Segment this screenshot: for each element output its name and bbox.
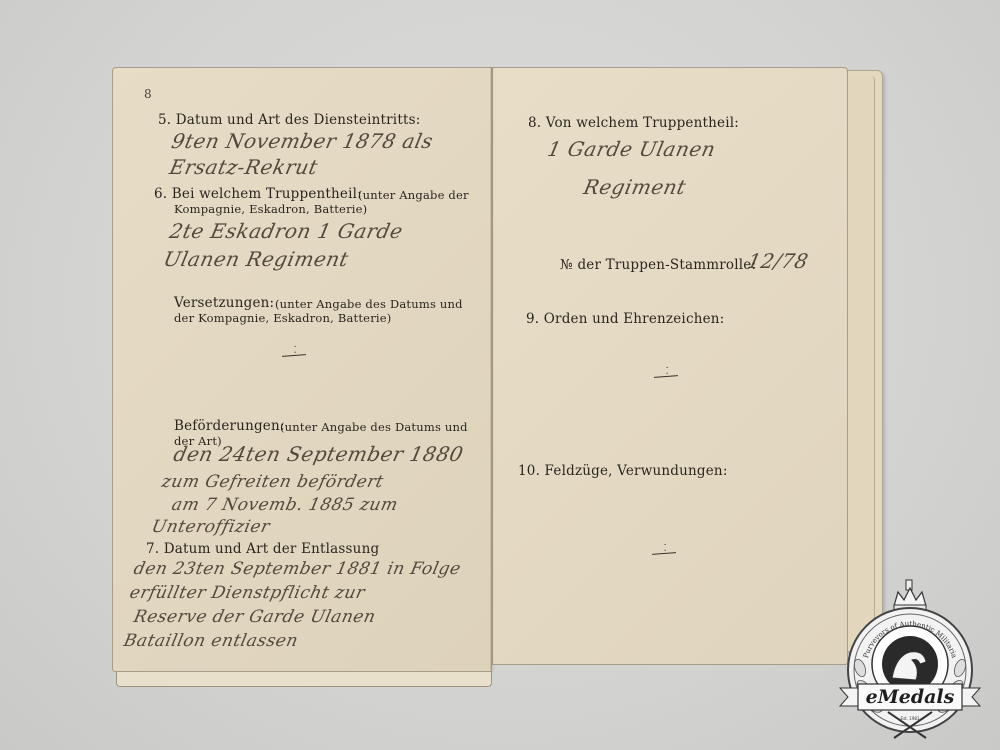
stammrolle-value: 12/78 xyxy=(745,249,810,273)
versetzungen-label: Versetzungen: xyxy=(174,295,274,311)
right-page: 8. Von welchem Truppentheil: 1 Garde Ula… xyxy=(492,67,848,665)
section-8-label: 8. Von welchem Truppentheil: xyxy=(528,115,739,131)
open-booklet: 8 5. Datum und Art des Diensteintritts: … xyxy=(0,0,1000,750)
section-7-handwriting-line-3: Reserve der Garde Ulanen xyxy=(132,607,378,627)
empty-field-mark xyxy=(650,547,676,559)
stammrolle-label: № der Truppen-Stammrolle: xyxy=(560,257,756,273)
versetzungen-note-2: der Kompagnie, Eskadron, Batterie) xyxy=(174,311,391,325)
versetzungen-note-1: (unter Angabe des Datums und xyxy=(275,297,463,311)
section-8-handwriting-line-1: 1 Garde Ulanen xyxy=(545,137,717,161)
emedals-watermark-logo: eMedals Est. 1981 Purveyors of Authentic… xyxy=(836,578,984,742)
section-6-note-2: Kompagnie, Eskadron, Batterie) xyxy=(174,202,367,216)
section-7-handwriting-line-2: erfüllter Dienstpflicht zur xyxy=(128,583,367,603)
befoerderungen-label: Beförderungen: xyxy=(174,418,285,434)
established-label: Est. 1981 xyxy=(901,716,920,721)
befoerderungen-handwriting-line-4: Unteroffizier xyxy=(150,517,272,537)
section-6-note-1: (unter Angabe der xyxy=(358,188,469,202)
section-10-label: 10. Feldzüge, Verwundungen: xyxy=(518,463,728,479)
brand-name: eMedals xyxy=(866,686,955,708)
empty-field-mark xyxy=(652,370,678,382)
empty-field-mark xyxy=(280,349,306,361)
section-5-handwriting-line-1: 9ten November 1878 als xyxy=(169,129,435,153)
book-gutter xyxy=(490,67,495,672)
section-7-handwriting-line-4: Bataillon entlassen xyxy=(122,631,300,651)
befoerderungen-handwriting-line-3: am 7 Novemb. 1885 zum xyxy=(170,495,400,515)
section-5-handwriting-line-2: Ersatz-Rekrut xyxy=(167,155,320,179)
section-8-handwriting-line-2: Regiment xyxy=(581,175,688,199)
section-7-handwriting-line-1: den 23ten September 1881 in Folge xyxy=(132,559,463,579)
befoerderungen-note-1: (unter Angabe des Datums und xyxy=(280,420,468,434)
section-5-label: 5. Datum und Art des Diensteintritts: xyxy=(158,112,420,128)
section-6-handwriting-line-1: 2te Eskadron 1 Garde xyxy=(167,219,405,243)
befoerderungen-handwriting-line-1: den 24ten September 1880 xyxy=(171,442,465,466)
left-page: 8 5. Datum und Art des Diensteintritts: … xyxy=(112,67,492,672)
befoerderungen-handwriting-line-2: zum Gefreiten befördert xyxy=(160,472,385,492)
section-6-label: 6. Bei welchem Truppentheil: xyxy=(154,186,362,202)
section-7-label: 7. Datum und Art der Entlassung xyxy=(146,541,379,557)
page-number: 8 xyxy=(144,87,152,101)
section-6-handwriting-line-2: Ulanen Regiment xyxy=(161,247,351,271)
crown-icon xyxy=(894,580,926,611)
section-9-label: 9. Orden und Ehrenzeichen: xyxy=(526,311,724,327)
